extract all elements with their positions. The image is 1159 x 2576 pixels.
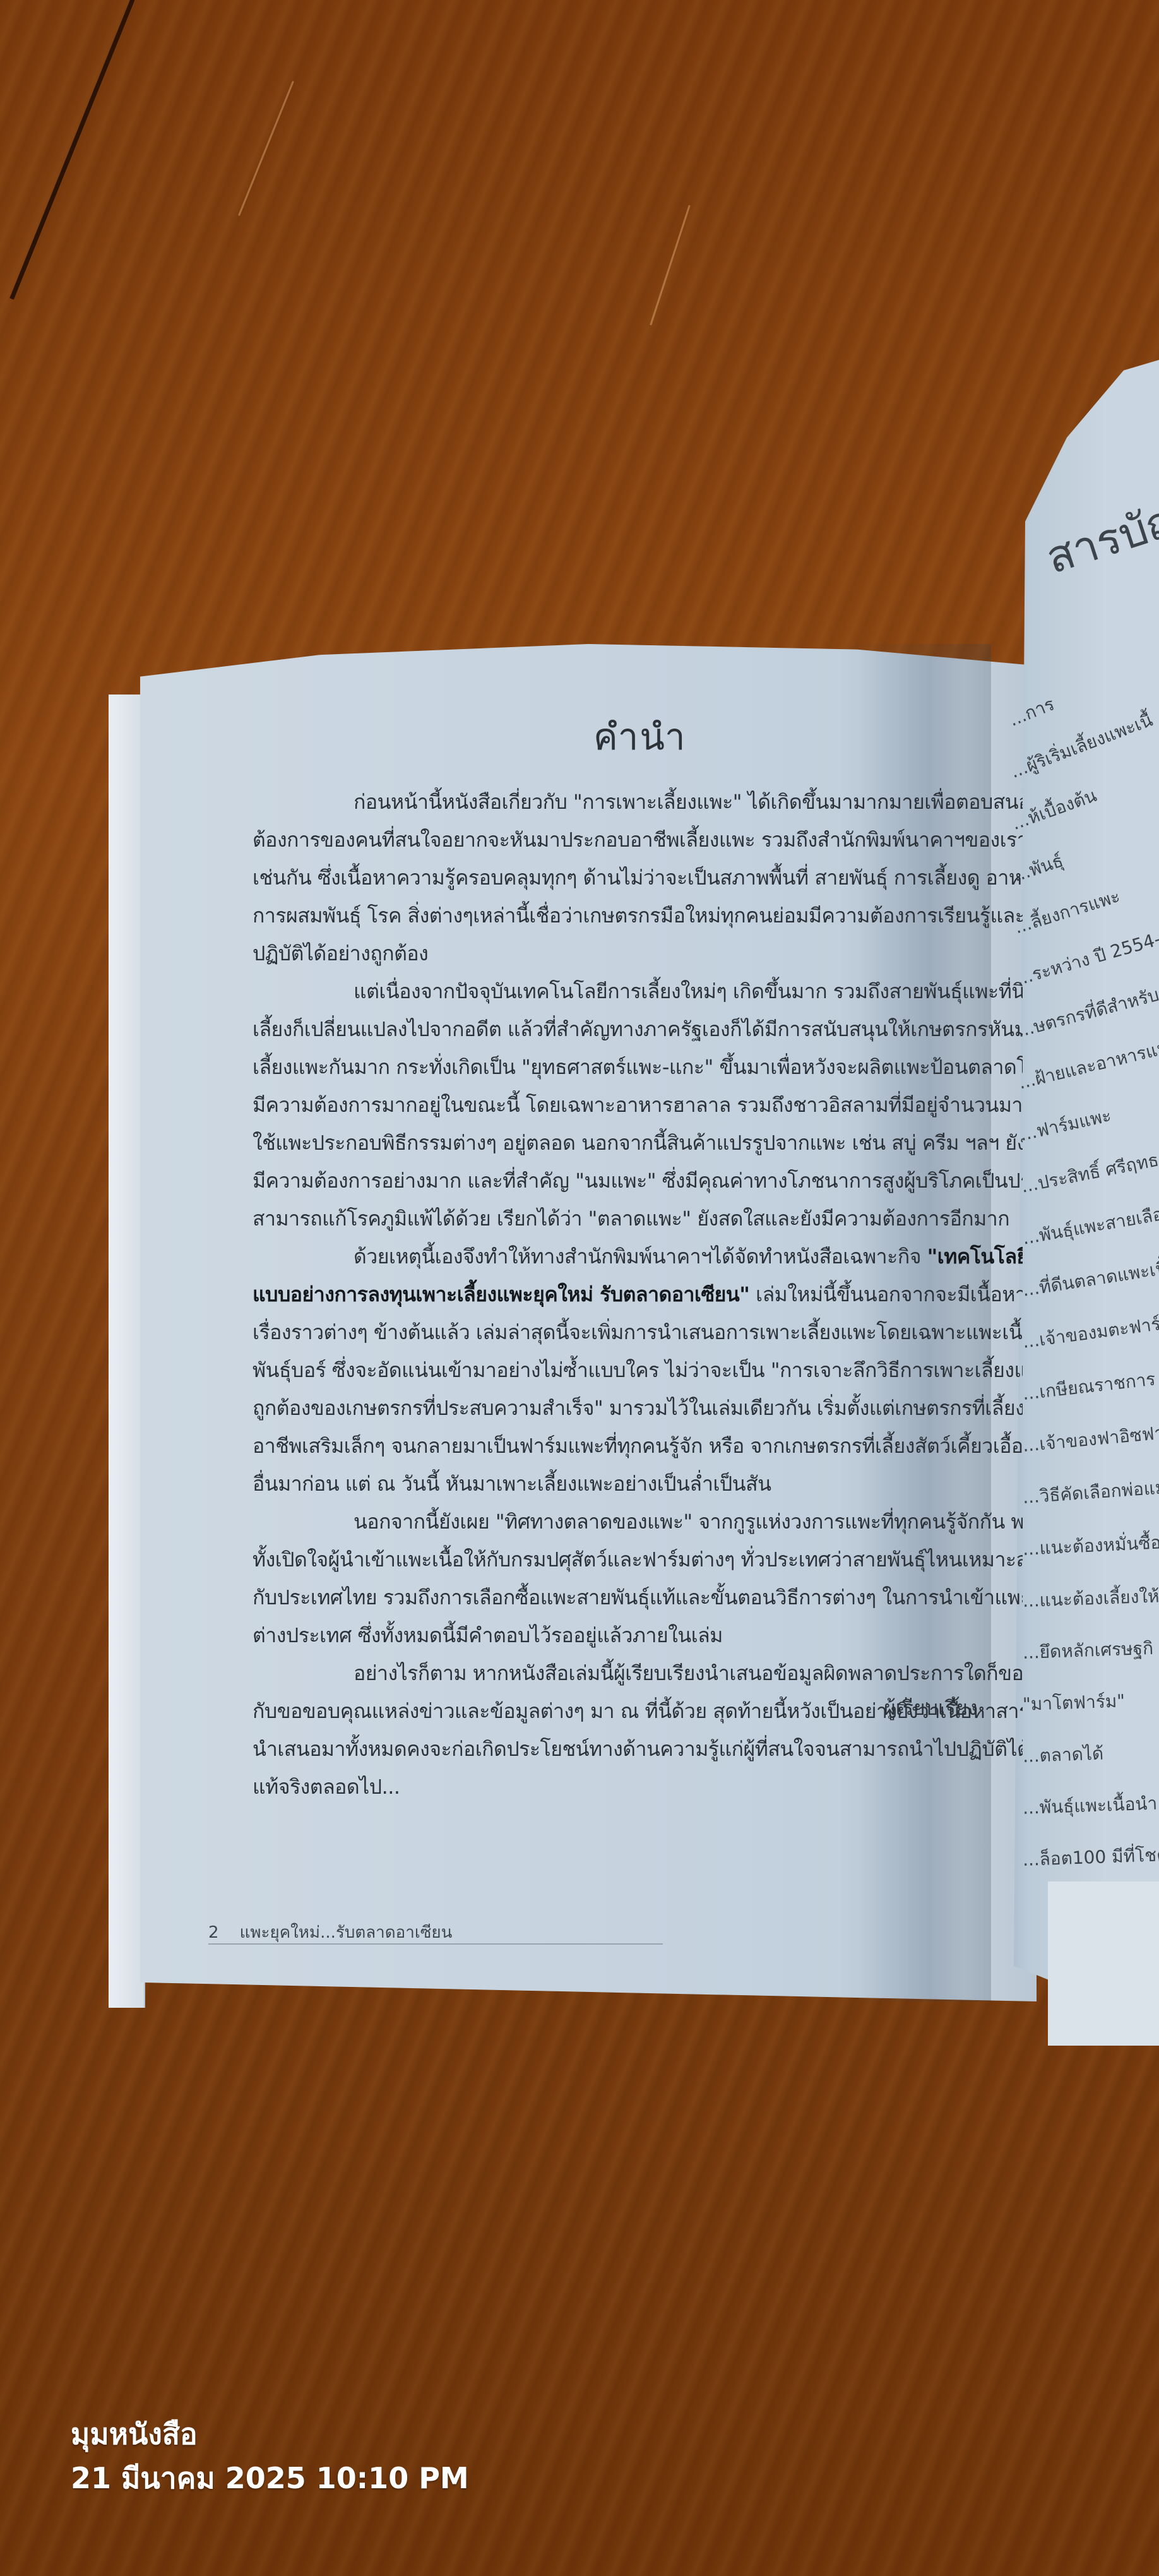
book-page-edges — [109, 695, 145, 2008]
toc-entry: ...พันธุ์แพะเนื้อนำ — [1022, 1790, 1158, 1822]
photo-caption: มุมหนังสือ 21 มีนาคม 2025 10:10 PM — [71, 2412, 469, 2500]
text-line: สามารถแก้โรคภูมิแพ้ได้ด้วย เรียกได้ว่า "… — [253, 1200, 1023, 1237]
text-line: ทั้งเปิดใจผู้นำเข้าแพะเนื้อให้กับกรมปศุส… — [253, 1541, 1023, 1578]
text-line: เรื่องราวต่างๆ ข้างต้นแล้ว เล่มล่าสุดนี้… — [253, 1313, 1023, 1351]
toc-entry: ...ล็อต100 มีที่โชค — [1022, 1841, 1159, 1874]
text-line: อื่นมาก่อน แต่ ณ วันนี้ หันมาเพาะเลี้ยงแ… — [253, 1465, 1023, 1503]
preface-body: ก่อนหน้านี้หนังสือเกี่ยวกับ "การเพาะเลี้… — [253, 783, 1023, 1806]
toc-entry: ...แนะต้องเลี้ยงให้ดี — [1022, 1582, 1159, 1615]
text-line: มีความต้องการอย่างมาก และที่สำคัญ "นมแพะ… — [253, 1162, 1023, 1200]
text-line: เช่นกัน ซึ่งเนื้อหาความรู้ครอบคลุมทุกๆ ด… — [253, 859, 1023, 897]
signature: ผู้เรียบเรียง — [884, 1692, 977, 1724]
right-page-bottom — [1048, 1881, 1159, 2046]
toc-entry: ...ตลาดได้ — [1022, 1740, 1104, 1770]
footer-rule — [208, 1943, 663, 1945]
wood-scratch — [238, 81, 294, 216]
text-line: ปฏิบัติได้อย่างถูกต้อง — [253, 934, 1023, 972]
text-line: ถูกต้องของเกษตรกรที่ประสบความสำเร็จ" มาร… — [253, 1389, 1023, 1427]
text-line: แท้จริงตลอดไป... — [253, 1768, 1023, 1806]
text-line: ต้องการของคนที่สนใจอยากจะหันมาประกอบอาชี… — [253, 821, 1023, 859]
text-line: การผสมพันธุ์ โรค สิ่งต่างๆเหล่านี้เชื่อว… — [253, 897, 1023, 934]
page-footer: 2 แพะยุคใหม่...รับตลาดอาเซียน — [208, 1919, 452, 1945]
caption-location: มุมหนังสือ — [71, 2412, 469, 2456]
toc-entry: ...ยึดหลักเศรษฐกิ — [1022, 1635, 1154, 1667]
text-line: พันธุ์บอร์ ซึ่งจะอัดแน่นเข้ามาอย่างไม่ซ้… — [253, 1351, 1023, 1389]
table-seam — [9, 0, 136, 300]
wood-scratch — [650, 205, 691, 325]
text-line: กับประเทศไทย รวมถึงการเลือกซื้อแพะสายพัน… — [253, 1578, 1023, 1616]
text-line: อย่างไรก็ตาม หากหนังสือเล่มนี้ผู้เรียบเร… — [253, 1654, 1023, 1692]
text-line: นำเสนอมาทั้งหมดคงจะก่อเกิดประโยชน์ทางด้า… — [253, 1730, 1023, 1768]
text-line: ด้วยเหตุนี้เองจึงทำให้ทางสำนักพิมพ์นาคาฯ… — [253, 1237, 1023, 1275]
page-number: 2 — [208, 1923, 219, 1942]
caption-timestamp: 21 มีนาคม 2025 10:10 PM — [71, 2456, 469, 2500]
text-line: อาชีพเสริมเล็กๆ จนกลายมาเป็นฟาร์มแพะที่ท… — [253, 1427, 1023, 1465]
page-title: คำนำ — [593, 707, 687, 766]
text-line: ใช้แพะประกอบพิธีกรรมต่างๆ อยู่ตลอด นอกจา… — [253, 1124, 1023, 1162]
text-line: แต่เนื่องจากปัจจุบันเทคโนโลยีการเลี้ยงให… — [253, 972, 1023, 1010]
text-line: แบบอย่างการลงทุนเพาะเลี้ยงแพะยุคใหม่ รับ… — [253, 1275, 1023, 1313]
running-title: แพะยุคใหม่...รับตลาดอาเซียน — [240, 1923, 453, 1942]
toc-entry: "มาโตฟาร์ม" — [1022, 1687, 1126, 1719]
text-line: ต่างประเทศ ซึ่งทั้งหมดนี้มีคำตอบไว้รออยู… — [253, 1616, 1023, 1654]
text-line: เลี้ยงก็เปลี่ยนแปลงไปจากอดีต แล้วที่สำคั… — [253, 1010, 1023, 1048]
text-line: มีความต้องการมากอยู่ในขณะนี้ โดยเฉพาะอาห… — [253, 1086, 1023, 1124]
text-line: นอกจากนี้ยังเผย "ทิศทางตลาดของแพะ" จากกู… — [253, 1503, 1023, 1541]
text-line: ก่อนหน้านี้หนังสือเกี่ยวกับ "การเพาะเลี้… — [253, 783, 1023, 821]
text-line: เลี้ยงแพะกันมาก กระทั่งเกิดเป็น "ยุทธศาส… — [253, 1048, 1023, 1086]
